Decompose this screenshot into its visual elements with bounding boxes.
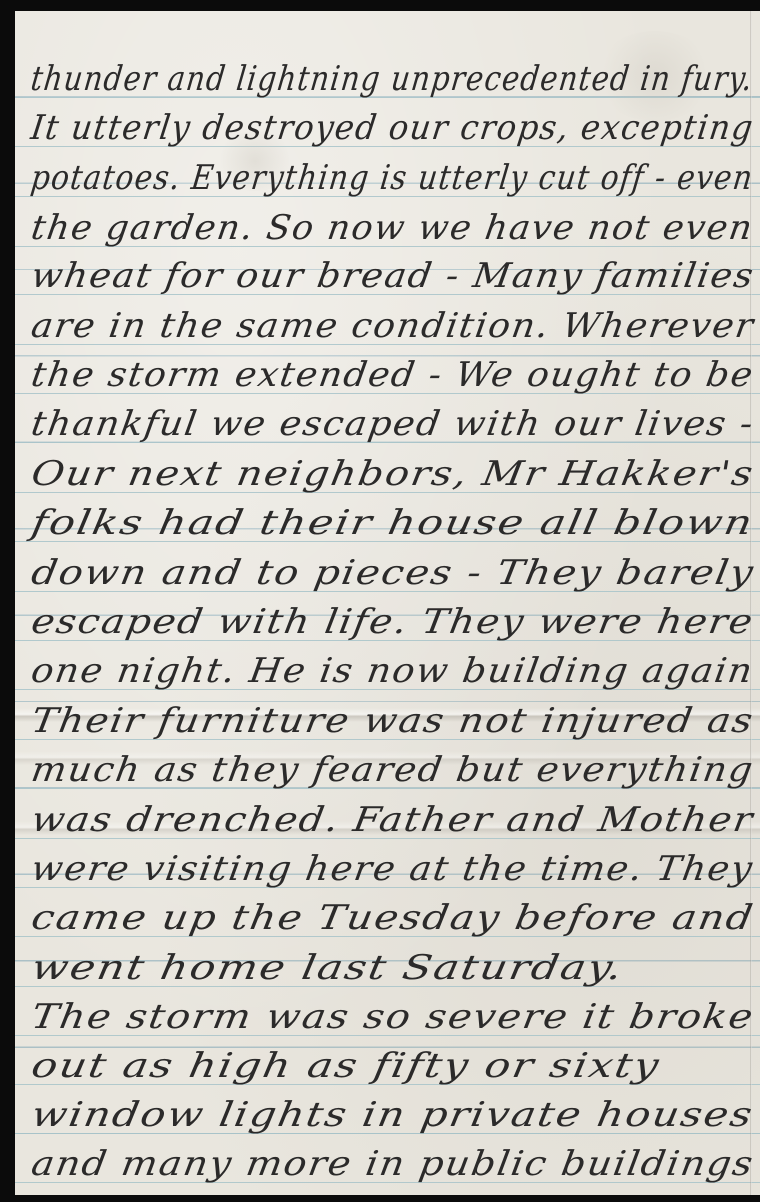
text-line: Our next neighbors, Mr Hakker's xyxy=(29,457,757,491)
letter-page: thunder and lightning unprecedented in f… xyxy=(15,11,760,1195)
text-line: the garden. So now we have not even xyxy=(29,211,756,245)
text-line: the storm extended - We ought to be xyxy=(29,358,756,392)
text-line: Their furniture was not injured as xyxy=(29,704,757,738)
text-line: wheat for our bread - Many families xyxy=(29,259,757,293)
text-line: one night. He is now building again xyxy=(29,654,756,688)
text-line: window lights in private houses xyxy=(29,1098,756,1132)
text-line: were visiting here at the time. They xyxy=(29,852,756,886)
handwritten-text: thunder and lightning unprecedented in f… xyxy=(15,11,760,1195)
text-line: much as they feared but everything xyxy=(29,753,756,787)
text-line: It utterly destroyed our crops, exceptin… xyxy=(29,111,756,145)
text-line: and many more in public buildings xyxy=(29,1147,757,1181)
text-line: came up the Tuesday before and xyxy=(29,901,757,935)
text-line: folks had their house all blown xyxy=(29,506,756,540)
text-line: down and to pieces - They barely xyxy=(29,556,757,590)
text-line: thunder and lightning unprecedented in f… xyxy=(29,62,755,96)
text-line: was drenched. Father and Mother xyxy=(29,803,756,837)
text-line: escaped with life. They were here xyxy=(29,605,756,639)
text-line: The storm was so severe it broke xyxy=(29,1000,757,1034)
text-line: are in the same condition. Wherever xyxy=(29,309,757,343)
text-line: out as high as fifty or sixty xyxy=(29,1049,663,1083)
text-line: thankful we escaped with our lives - xyxy=(29,407,757,441)
text-line: potatoes. Everything is utterly cut off … xyxy=(29,161,755,195)
text-line: went home last Saturday. xyxy=(29,951,626,985)
